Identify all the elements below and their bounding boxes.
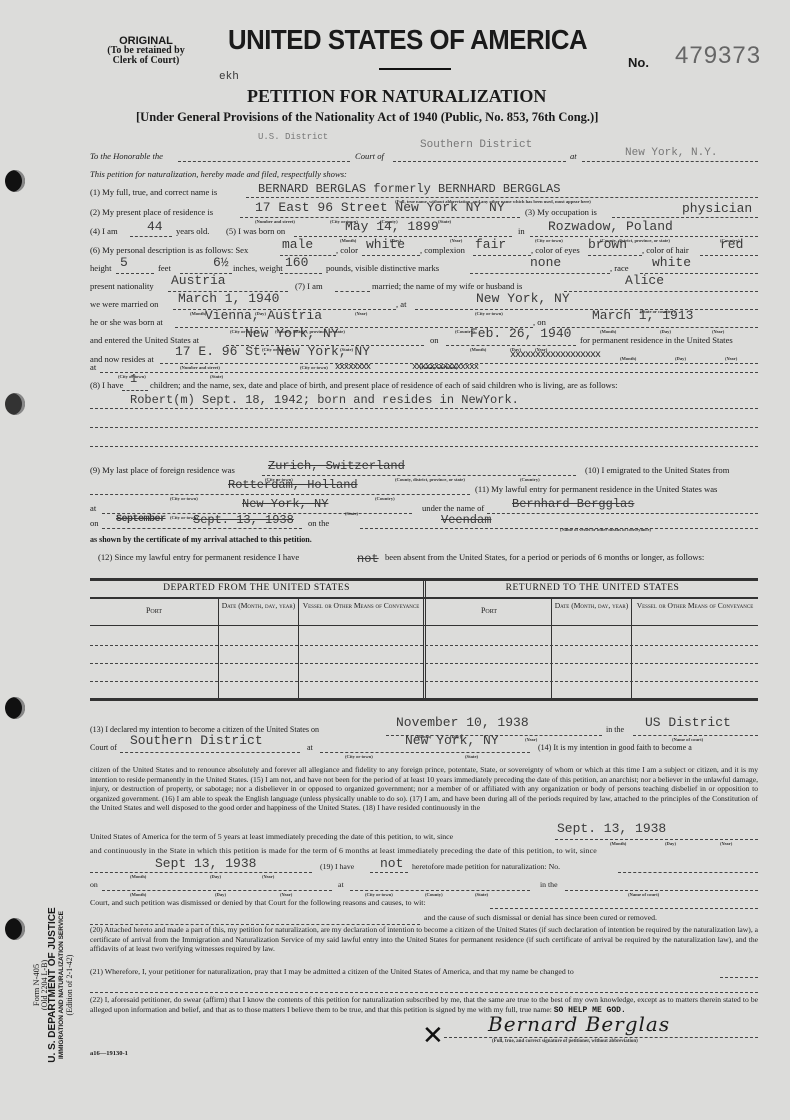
column-divider	[551, 597, 552, 700]
sublabel: (City or town)	[365, 892, 393, 897]
sublabel: (Country)	[375, 496, 395, 501]
retained-note-2: Clerk of Court)	[100, 56, 192, 66]
original-block: ORIGINAL (To be retained by Clerk of Cou…	[100, 36, 192, 66]
state-residence-line-text: and continuously in the State in which t…	[90, 846, 597, 855]
sublabel: (Month)	[190, 311, 206, 316]
departed-vessel-header: Vessel or Other Means of Conveyance	[299, 601, 423, 610]
court-location-value: New York, N.Y.	[625, 147, 717, 159]
complexion-line	[473, 255, 531, 256]
marriage-place-line	[415, 309, 758, 310]
sublabel: (Name of vessel or other means of convey…	[560, 527, 651, 532]
occupation-value: physician	[682, 201, 752, 216]
sublabel: (City or town)	[345, 754, 373, 759]
pounds-label: pounds, visible distinctive marks	[326, 263, 439, 273]
struck-text: xxxxxxxxxxxxxxxxxx	[510, 350, 600, 361]
feet-line	[116, 273, 154, 274]
declaration-court-line	[633, 735, 758, 736]
prev-place-line	[350, 890, 530, 891]
children-line-1	[90, 408, 758, 409]
court-of-label-2: Court of	[90, 743, 117, 752]
entry-date-line	[102, 528, 302, 529]
at-line	[100, 372, 758, 373]
column-divider	[631, 597, 632, 700]
in-the-label: in the	[606, 725, 624, 734]
sublabel: (Day)	[665, 841, 676, 846]
resides-label: and now resides at	[90, 354, 154, 364]
prev-on-label: on	[90, 880, 98, 889]
q1-label: (1) My full, true, and correct name is	[90, 187, 217, 197]
form-identifier-vertical: Form N-405 (Old 2204 L-B) U. S. DEPARTME…	[32, 865, 75, 1105]
sublabel: (Month)	[620, 356, 636, 361]
court-name-value: U.S. District	[258, 132, 328, 142]
form-subtitle: [Under General Provisions of the Nationa…	[136, 110, 598, 125]
spouse-birthplace-value: Vienna, Austria	[205, 308, 322, 323]
q12-after: been absent from the United States, for …	[385, 552, 704, 562]
location-line	[582, 161, 758, 162]
age-line	[130, 236, 172, 237]
returned-header: RETURNED TO THE UNITED STATES	[427, 583, 758, 593]
sublabel: (Year)	[712, 329, 724, 334]
sublabel: (Month)	[340, 238, 356, 243]
entry-name-value: Bernhard Bergglas	[512, 497, 634, 511]
birth-place-value: Rozwadow, Poland	[548, 219, 673, 234]
eyes-line	[588, 255, 642, 256]
sublabel: (Month)	[130, 892, 146, 897]
weight-line	[280, 273, 322, 274]
entry-on-label: on	[90, 518, 99, 528]
at-label-2: at	[90, 362, 96, 372]
sublabel: (State)	[465, 754, 478, 759]
foreign-residence-value: Zurich, Switzerland	[268, 459, 405, 473]
sublabel: (Name of court)	[628, 892, 659, 897]
emigrated-from-value: Rotterdam, Holland	[228, 478, 358, 492]
table-bottom-rule	[90, 698, 758, 701]
sex-value: male	[282, 237, 313, 252]
q20-paragraph: (20) Attached hereto and made a part of …	[90, 925, 758, 954]
at-label: at	[570, 151, 577, 161]
departed-header: DEPARTED FROM THE UNITED STATES	[90, 583, 423, 593]
name-change-line	[720, 977, 758, 978]
sublabel: (Day)	[210, 874, 221, 879]
sublabel: (State)	[475, 892, 488, 897]
court-of-label: Court of	[355, 151, 384, 161]
state-residence-since-value: Sept 13, 1938	[155, 856, 256, 871]
sublabel: (City or town)	[475, 311, 503, 316]
race-label: , race	[610, 263, 629, 273]
full-name-value: BERNARD BERGLAS formerly BERNHARD BERGGL…	[258, 182, 560, 196]
declaration-date-value: November 10, 1938	[396, 715, 529, 730]
table-header-rule	[90, 597, 758, 599]
name-change-line-2	[90, 992, 758, 993]
vessel-label: on the	[308, 518, 329, 528]
race-value: white	[652, 255, 691, 270]
q19-after: heretofore made petition for naturalizat…	[412, 862, 560, 871]
sublabel: (County)	[425, 892, 443, 897]
entry-date-value: Sept. 13, 1938	[193, 513, 294, 527]
sublabel: (Month)	[600, 329, 616, 334]
declaration-district-value: Southern District	[130, 733, 263, 748]
sublabel: (Number and street)	[255, 219, 295, 224]
q18-line: United States of America for the term of…	[90, 832, 453, 841]
table-row	[90, 681, 758, 682]
married-label: married; the name of my wife or husband …	[372, 281, 522, 291]
declaration-place-value: New York, NY	[405, 733, 499, 748]
spouse-born-label: he or she was born at	[90, 317, 163, 327]
nationality-label: present nationality	[90, 281, 154, 291]
punch-hole-2	[5, 393, 25, 415]
returned-date-header: Date (Month, day, year)	[552, 601, 631, 610]
q7-label: (7) I am	[295, 281, 323, 291]
spouse-entry-date-line	[446, 345, 576, 346]
children-count-value: 1	[130, 372, 137, 386]
sublabel: (Year)	[262, 874, 274, 879]
color-label: , color	[336, 245, 358, 255]
cured-text: and the cause of such dismissal or denia…	[424, 913, 657, 922]
spouse-birth-date-value: March 1, 1913	[592, 308, 693, 323]
certificate-text: as shown by the certificate of my arriva…	[90, 535, 312, 544]
sublabel: (Month)	[130, 874, 146, 879]
prev-petition-number-line	[618, 872, 758, 873]
entry-at-label: at	[90, 503, 96, 513]
color-line	[362, 255, 420, 256]
spouse-value: Alice	[625, 273, 664, 288]
eyes-label: , color of eyes	[531, 245, 580, 255]
sublabel: (Name of court)	[672, 737, 703, 742]
sublabel: (State)	[210, 374, 223, 379]
sublabel: (Year)	[525, 737, 537, 742]
residence-value: 17 East 96 Street New York NY NY	[255, 200, 505, 215]
sublabel: (Number and street)	[180, 365, 220, 370]
married-at-label: , at	[396, 299, 407, 309]
country-title: UNITED STATES OF AMERICA	[228, 24, 587, 56]
declaration-court-value: US District	[645, 715, 731, 730]
full-name-line	[246, 197, 758, 198]
vessel-value: Veendam	[441, 513, 491, 527]
height-label: height	[90, 263, 111, 273]
height-inches-value: 6½	[213, 255, 229, 270]
q14-start: (14) It is my intention in good faith to…	[538, 743, 692, 752]
signature-caption: (Full, true, and correct signature of pe…	[492, 1039, 638, 1044]
q9-label: (9) My last place of foreign residence w…	[90, 465, 235, 475]
department-name: U. S. DEPARTMENT OF JUSTICE	[49, 865, 58, 1105]
honorable-label: To the Honorable the	[90, 151, 163, 161]
us-residence-since-value: Sept. 13, 1938	[557, 821, 666, 836]
nationality-value: Austria	[171, 273, 226, 288]
sublabel: (Day)	[675, 356, 686, 361]
table-row	[90, 645, 758, 646]
child-1-value: Robert(m) Sept. 18, 1942; born and resid…	[130, 393, 519, 407]
married-status-line	[335, 291, 370, 292]
column-divider	[218, 597, 219, 700]
marks-line	[470, 273, 610, 274]
q5-label: (5) I was born on	[226, 226, 285, 236]
sublabel: (Year)	[280, 892, 292, 897]
allegiance-paragraph: citizen of the United States and to reno…	[90, 765, 758, 813]
court-name-line	[178, 161, 350, 162]
sublabel: (Year)	[450, 238, 462, 243]
complexion-label: , complexion	[420, 245, 465, 255]
children-count-line	[122, 390, 148, 391]
edition: (Edition of 2-1-42)	[66, 865, 75, 1105]
born-in-label: in	[518, 226, 525, 236]
color-value: white	[366, 237, 405, 252]
sublabel: (Year)	[720, 841, 732, 846]
feet-label: feet	[158, 263, 171, 273]
sublabel: (City or town)	[300, 365, 328, 370]
vessel-line	[360, 528, 758, 529]
q19-value: not	[380, 856, 403, 871]
sublabel: (Country)	[520, 477, 540, 482]
column-divider	[298, 597, 299, 700]
q10-label: (10) I emigrated to the United States fr…	[585, 465, 729, 475]
table-row	[90, 663, 758, 664]
q22-text: (22) I, aforesaid petitioner, do swear (…	[90, 995, 758, 1014]
declaration-district-line	[120, 752, 300, 753]
returned-vessel-header: Vessel or Other Means of Conveyance	[632, 601, 758, 610]
form-title: PETITION FOR NATURALIZATION	[247, 86, 546, 107]
occupation-line	[612, 217, 758, 218]
sublabel: (Month)	[610, 841, 626, 846]
weight-value: 160	[285, 255, 308, 270]
children-line-2	[90, 427, 758, 428]
spouse-entry-place-value: New York, NY	[245, 326, 339, 341]
marks-value: none	[530, 255, 561, 270]
entered-on-label: on	[430, 335, 439, 345]
hair-label: , color of hair	[642, 245, 689, 255]
height-feet-value: 5	[120, 255, 128, 270]
punch-hole-4	[5, 918, 25, 940]
spouse-entry-date-value: Feb. 26, 1940	[470, 326, 571, 341]
struck-text: xxxxxxxxxxxxxxx	[412, 362, 478, 372]
sublabel: (County, district, province, or state)	[395, 477, 465, 482]
q2-label: (2) My present place of residence is	[90, 207, 213, 217]
spouse-residence-value: 17 E. 96 St. New York, NY	[175, 344, 370, 359]
q11-label: (11) My lawful entry for permanent resid…	[475, 484, 717, 494]
q4-label: (4) I am	[90, 226, 118, 236]
entry-name-line	[487, 513, 758, 514]
q3-label: (3) My occupation is	[525, 207, 597, 217]
sublabel: (State)	[345, 511, 358, 516]
naturalization-petition-page: ORIGINAL (To be retained by Clerk of Cou…	[0, 0, 790, 1120]
number-label: No.	[628, 55, 649, 70]
sublabel: (Year)	[355, 311, 367, 316]
prev-court-line	[565, 890, 758, 891]
marriage-date-value: March 1, 1940	[178, 291, 279, 306]
sublabel: (City or town)	[170, 496, 198, 501]
emigrated-from-line	[90, 494, 470, 495]
signature-line	[444, 1037, 758, 1038]
birth-date-value: May 14, 1899	[345, 219, 439, 234]
dismissed-reason-line	[490, 908, 758, 909]
spouse-birth-date-line	[552, 327, 758, 328]
clerk-initials: ekh	[219, 71, 239, 83]
residence-line	[240, 217, 520, 218]
q6-label: (6) My personal description is as follow…	[90, 245, 248, 255]
declaration-place-line	[320, 752, 530, 753]
at-label-3: at	[307, 743, 313, 752]
punch-hole-1	[5, 170, 25, 192]
foreign-residence-line	[262, 475, 576, 476]
complexion-value: fair	[475, 237, 506, 252]
title-rule	[379, 68, 451, 70]
sublabel: (Month)	[470, 347, 486, 352]
returned-port-header: Port	[427, 606, 551, 615]
sublabel: (Day)	[660, 329, 671, 334]
permanent-residence-label: for permanent residence in the United St…	[580, 335, 733, 345]
years-old-label: years old.	[176, 226, 209, 236]
entry-name-label: under the name of	[422, 503, 484, 513]
signature-mark-icon: ✕	[422, 1023, 444, 1049]
hair-line	[700, 255, 758, 256]
q19-line	[370, 872, 408, 873]
age-value: 44	[147, 219, 163, 234]
prev-date-line	[102, 890, 332, 891]
spouse-line	[564, 291, 758, 292]
marriage-place-value: New York, NY	[476, 291, 570, 306]
married-on-label: we were married on	[90, 299, 158, 309]
entry-place-value: New York, NY	[242, 497, 328, 511]
dismissed-text: Court, and such petition was dismissed o…	[90, 898, 426, 907]
inches-label: inches, weight	[233, 263, 283, 273]
q12-label: (12) Since my lawful entry for permanent…	[98, 552, 299, 562]
struck-text: xxxxxxxx	[335, 362, 370, 372]
sublabel: (City or town)	[535, 238, 563, 243]
q8-text: children; and the name, sex, date and pl…	[150, 380, 617, 390]
sublabel: (Day)	[215, 892, 226, 897]
q8-label: (8) I have	[90, 380, 123, 390]
hair-value: red	[720, 237, 743, 252]
prev-at-label: at	[338, 880, 344, 889]
table-row-rule	[90, 625, 758, 626]
petition-number: 479373	[675, 42, 761, 70]
q19-label: (19) I have	[320, 862, 354, 871]
departed-port-header: Port	[90, 606, 218, 615]
petitioner-signature: Bernard Berglas	[488, 1012, 670, 1036]
sublabel: (State)	[438, 219, 451, 224]
q21-text: (21) Wherefore, I, your petitioner for n…	[90, 967, 574, 976]
struck-entry-month: September	[116, 514, 166, 525]
prev-in-label: in the	[540, 880, 558, 889]
petition-intro: This petition for naturalization, hereby…	[90, 169, 347, 179]
print-code: a16—19130-1	[90, 1050, 128, 1057]
us-residence-since-line	[555, 839, 758, 840]
state-residence-since-line	[90, 872, 312, 873]
eyes-value: brown	[588, 237, 627, 252]
district-value: Southern District	[420, 139, 532, 151]
district-line	[393, 161, 566, 162]
children-line-3	[90, 446, 758, 447]
q12-value: not	[357, 552, 379, 566]
sublabel: (Year)	[725, 356, 737, 361]
departed-date-header: Date (Month, day, year)	[219, 601, 298, 610]
punch-hole-3	[5, 697, 25, 719]
